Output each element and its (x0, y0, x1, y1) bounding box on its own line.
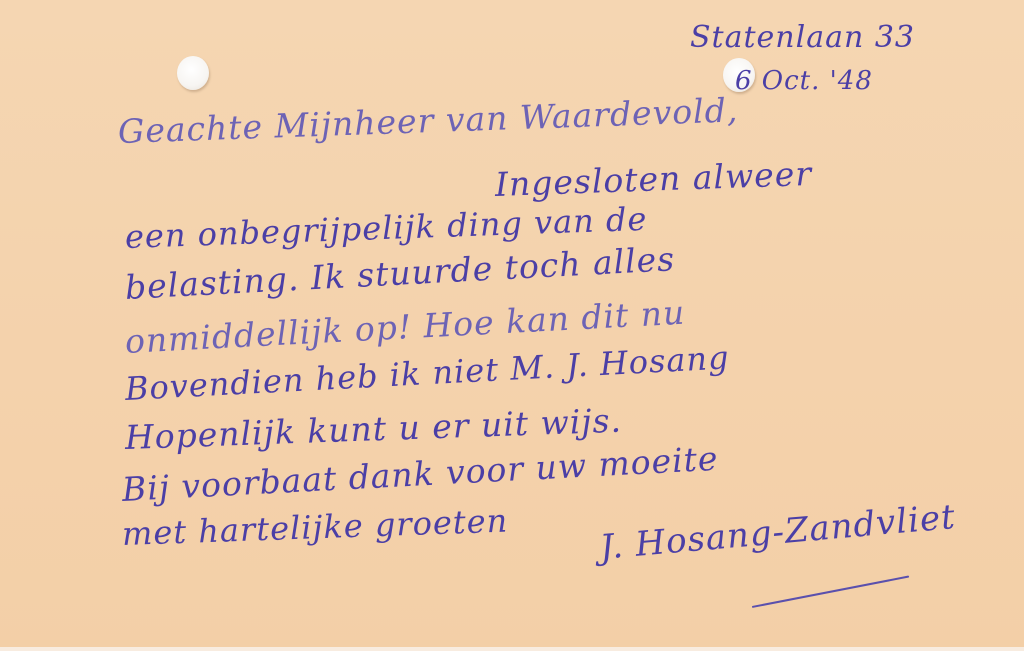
salutation: Geachte Mijnheer van Waardevold, (117, 90, 739, 151)
letter-date: 6 Oct. '48 (735, 66, 873, 96)
card-edge (0, 647, 1024, 651)
signature-underline (752, 575, 909, 607)
signature: J. Hosang-Zandvliet (598, 497, 957, 568)
punch-hole-left (177, 56, 209, 90)
postcard: Statenlaan 33 6 Oct. '48 Geachte Mijnhee… (0, 0, 1024, 651)
sender-address: Statenlaan 33 (690, 20, 915, 55)
closing: met hartelijke groeten (121, 502, 508, 553)
body-line-1: Ingesloten alweer (494, 154, 812, 204)
